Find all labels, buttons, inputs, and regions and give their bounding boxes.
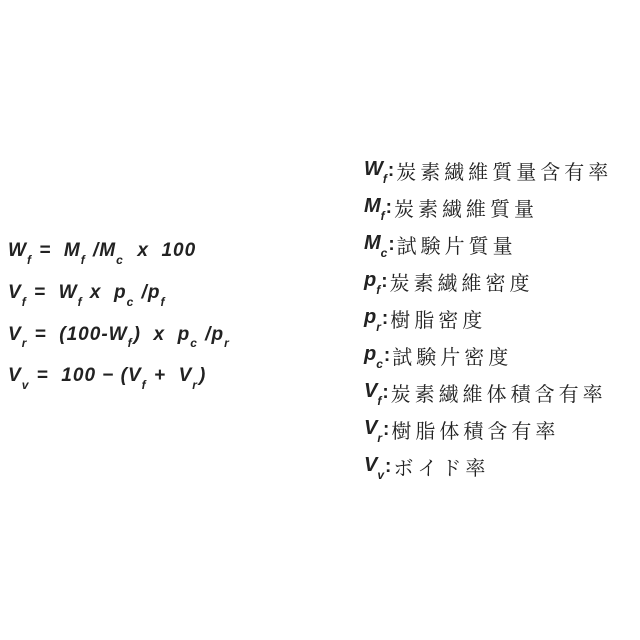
- definition-colon: :: [384, 456, 393, 478]
- formula-subscript: r: [192, 378, 199, 392]
- definition-symbol-subscript: c: [376, 357, 383, 371]
- formula-subscript: f: [78, 295, 84, 309]
- formula-subscript: v: [22, 378, 31, 392]
- formula-subscript: f: [81, 253, 87, 267]
- formula-text: x 100: [125, 240, 196, 261]
- definition-symbol-subscript: f: [377, 394, 381, 408]
- definition-list: Wf:炭素繊維質量含有率Mf:炭素繊維質量Mc:試験片質量pf:炭素繊維密度pr…: [364, 152, 612, 485]
- formula-text: = W: [28, 282, 78, 303]
- formula-subscript: f: [142, 378, 148, 392]
- formula-subscript: r: [224, 336, 231, 350]
- formula-text: W: [8, 240, 27, 261]
- formula-text: V: [8, 324, 22, 345]
- definition-line: Vf:炭素繊維体積含有率: [364, 374, 612, 411]
- formula-subscript: f: [160, 295, 166, 309]
- definition-label: 炭素繊維質量: [394, 193, 538, 222]
- definition-label: 試験片密度: [392, 341, 512, 370]
- formula-subscript: r: [22, 336, 29, 350]
- formula-text: /M: [87, 240, 116, 261]
- formula-text: ) x p: [134, 324, 191, 345]
- definition-line: Mf:炭素繊維質量: [364, 189, 612, 226]
- formula-text: = (100-W: [28, 324, 127, 345]
- definition-label: ボイド率: [393, 452, 489, 481]
- definition-symbol-subscript: r: [376, 320, 381, 334]
- definition-colon: :: [387, 160, 396, 182]
- definition-line: Vv:ボイド率: [364, 448, 612, 485]
- definition-symbol-letter: W: [364, 158, 383, 180]
- formula-subscript: c: [190, 336, 199, 350]
- definition-colon: :: [382, 419, 391, 441]
- definition-symbol: Vr: [364, 417, 382, 442]
- formula-text: + V: [148, 365, 193, 386]
- formula-line: Vr = (100-Wf) x pc /pr: [8, 317, 231, 359]
- definition-symbol: pc: [364, 343, 383, 368]
- definition-line: Mc:試験片質量: [364, 226, 612, 263]
- definition-symbol-letter: p: [364, 343, 376, 365]
- definition-line: Vr:樹脂体積含有率: [364, 411, 612, 448]
- formula-line: Wf = Mf /Mc x 100: [8, 233, 231, 275]
- definition-symbol: pr: [364, 306, 381, 331]
- definition-colon: :: [387, 234, 396, 256]
- definition-line: pc:試験片密度: [364, 337, 612, 374]
- definition-colon: :: [381, 308, 390, 330]
- definition-label: 炭素繊維質量含有率: [396, 156, 612, 185]
- definition-symbol: Mc: [364, 232, 387, 257]
- definition-symbol-subscript: f: [381, 209, 385, 223]
- definition-symbol-letter: V: [364, 417, 377, 439]
- formula-text: ): [199, 365, 206, 386]
- definition-line: Wf:炭素繊維質量含有率: [364, 152, 612, 189]
- definition-symbol: Wf: [364, 158, 387, 183]
- definition-symbol-subscript: r: [377, 431, 382, 445]
- definition-symbol: Vv: [364, 454, 384, 479]
- definition-line: pf:炭素繊維密度: [364, 263, 612, 300]
- definition-symbol: Vf: [364, 380, 381, 405]
- definition-colon: :: [383, 345, 392, 367]
- formula-subscript: c: [127, 295, 136, 309]
- formula-subscript: c: [116, 253, 125, 267]
- formula-text: = M: [33, 240, 81, 261]
- formula-text: /p: [199, 324, 224, 345]
- document-page: Wf = Mf /Mc x 100Vf = Wf x pc /pfVr = (1…: [0, 0, 640, 640]
- formula-list: Wf = Mf /Mc x 100Vf = Wf x pc /pfVr = (1…: [8, 233, 231, 400]
- definition-symbol-subscript: f: [383, 172, 387, 186]
- formula-text: V: [8, 365, 22, 386]
- definition-symbol-subscript: c: [381, 246, 388, 260]
- formula-text: x p: [84, 282, 127, 303]
- definition-symbol: pf: [364, 269, 380, 294]
- definition-label: 樹脂密度: [390, 304, 486, 333]
- definition-label: 樹脂体積含有率: [391, 415, 559, 444]
- definition-symbol-letter: V: [364, 454, 377, 476]
- definition-colon: :: [385, 197, 394, 219]
- definition-symbol-letter: V: [364, 380, 377, 402]
- definition-colon: :: [380, 271, 389, 293]
- definition-line: pr:樹脂密度: [364, 300, 612, 337]
- definition-symbol: Mf: [364, 195, 385, 220]
- definition-label: 炭素繊維密度: [390, 267, 534, 296]
- formula-text: = 100 − (V: [30, 365, 141, 386]
- definition-label: 炭素繊維体積含有率: [391, 378, 607, 407]
- formula-line: Vf = Wf x pc /pf: [8, 275, 231, 317]
- formula-text: V: [8, 282, 22, 303]
- definition-symbol-letter: p: [364, 269, 376, 291]
- formula-line: Vv = 100 − (Vf + Vr): [8, 358, 231, 400]
- definition-label: 試験片質量: [397, 230, 517, 259]
- definition-symbol-letter: M: [364, 195, 381, 217]
- definition-symbol-letter: M: [364, 232, 381, 254]
- definition-symbol-letter: p: [364, 306, 376, 328]
- formula-text: /p: [135, 282, 160, 303]
- definition-symbol-subscript: v: [377, 468, 384, 482]
- definition-colon: :: [381, 382, 390, 404]
- formula-subscript: f: [128, 336, 134, 350]
- formula-subscript: f: [27, 253, 33, 267]
- formula-subscript: f: [22, 295, 28, 309]
- definition-symbol-subscript: f: [376, 283, 380, 297]
